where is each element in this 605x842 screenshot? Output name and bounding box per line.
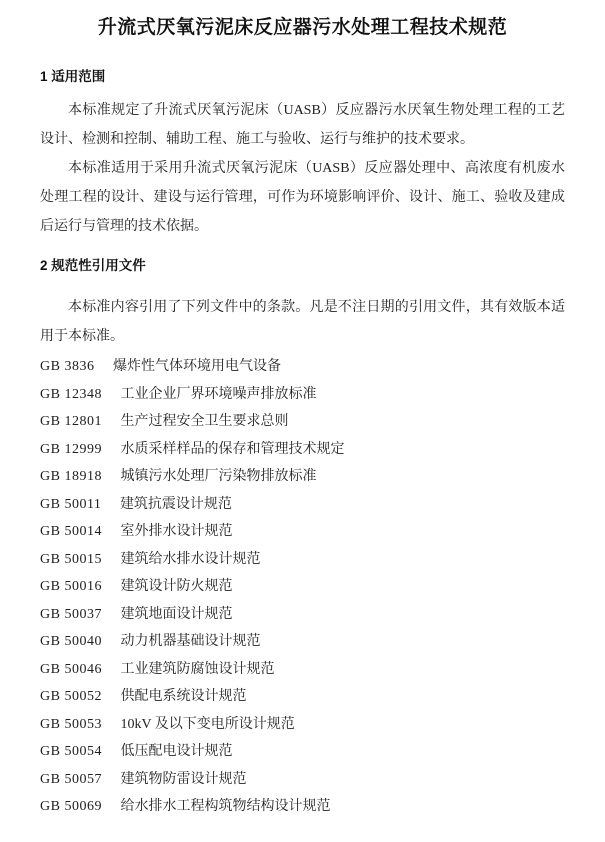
reference-item: GB 50054 低压配电设计规范 [40, 738, 565, 766]
reference-code: GB 50014 [40, 518, 102, 546]
reference-code: GB 12999 [40, 436, 102, 464]
reference-code: GB 12348 [40, 381, 102, 409]
reference-title: 工业企业厂界环境噪声排放标准 [120, 387, 316, 402]
reference-item: GB 12348 工业企业厂界环境噪声排放标准 [40, 381, 565, 409]
document-title: 升流式厌氧污泥床反应器污水处理工程技术规范 [40, 14, 565, 42]
section-1-paragraph-1: 本标准规定了升流式厌氧污泥床（UASB）反应器污水厌氧生物处理工程的工艺设计、检… [40, 96, 565, 154]
reference-item: GB 12999 水质采样样品的保存和管理技术规定 [40, 436, 565, 464]
references-list: GB 3836 爆炸性气体环境用电气设备 GB 12348 工业企业厂界环境噪声… [40, 353, 565, 821]
reference-item: GB 50015 建筑给水排水设计规范 [40, 546, 565, 574]
reference-item: GB 50011 建筑抗震设计规范 [40, 491, 565, 519]
section-2-heading: 2 规范性引用文件 [40, 257, 565, 274]
reference-code: GB 50057 [40, 766, 102, 794]
reference-item: GB 12801 生产过程安全卫生要求总则 [40, 408, 565, 436]
reference-code: GB 50069 [40, 793, 102, 821]
reference-title: 爆炸性气体环境用电气设备 [113, 359, 281, 374]
reference-item: GB 50046 工业建筑防腐蚀设计规范 [40, 656, 565, 684]
reference-item: GB 18918 城镇污水处理厂污染物排放标准 [40, 463, 565, 491]
reference-code: GB 3836 [40, 353, 94, 381]
reference-title: 10kV 及以下变电所设计规范 [120, 717, 294, 732]
section-1-paragraph-2: 本标准适用于采用升流式厌氧污泥床（UASB）反应器处理中、高浓度有机废水处理工程… [40, 154, 565, 241]
reference-code: GB 50037 [40, 601, 102, 629]
reference-title: 动力机器基础设计规范 [120, 634, 260, 649]
reference-title: 城镇污水处理厂污染物排放标准 [120, 469, 316, 484]
reference-title: 低压配电设计规范 [120, 744, 232, 759]
reference-item: GB 50037 建筑地面设计规范 [40, 601, 565, 629]
reference-item: GB 50052 供配电系统设计规范 [40, 683, 565, 711]
reference-title: 建筑地面设计规范 [120, 607, 232, 622]
reference-title: 建筑抗震设计规范 [120, 497, 232, 512]
reference-item: GB 50069 给水排水工程构筑物结构设计规范 [40, 793, 565, 821]
reference-item: GB 3836 爆炸性气体环境用电气设备 [40, 353, 565, 381]
section-2-paragraph-1: 本标准内容引用了下列文件中的条款。凡是不注日期的引用文件，其有效版本适用于本标准… [40, 293, 565, 351]
reference-item: GB 50057 建筑物防雷设计规范 [40, 766, 565, 794]
reference-item: GB 50016 建筑设计防火规范 [40, 573, 565, 601]
reference-code: GB 50015 [40, 546, 102, 574]
reference-item: GB 50053 10kV 及以下变电所设计规范 [40, 711, 565, 739]
reference-code: GB 50054 [40, 738, 102, 766]
reference-item: GB 50014 室外排水设计规范 [40, 518, 565, 546]
reference-title: 给水排水工程构筑物结构设计规范 [120, 799, 330, 814]
reference-title: 工业建筑防腐蚀设计规范 [120, 662, 274, 677]
reference-code: GB 50046 [40, 656, 102, 684]
document-page: 升流式厌氧污泥床反应器污水处理工程技术规范 1 适用范围 本标准规定了升流式厌氧… [0, 0, 605, 842]
reference-code: GB 50040 [40, 628, 102, 656]
reference-title: 室外排水设计规范 [120, 524, 232, 539]
reference-code: GB 50053 [40, 711, 102, 739]
reference-code: GB 18918 [40, 463, 102, 491]
reference-title: 建筑物防雷设计规范 [120, 772, 246, 787]
section-1-heading: 1 适用范围 [40, 68, 565, 85]
reference-title: 建筑设计防火规范 [120, 579, 232, 594]
reference-code: GB 50011 [40, 491, 101, 519]
reference-title: 水质采样样品的保存和管理技术规定 [120, 442, 344, 457]
reference-code: GB 50052 [40, 683, 102, 711]
reference-code: GB 12801 [40, 408, 102, 436]
reference-item: GB 50040 动力机器基础设计规范 [40, 628, 565, 656]
reference-title: 供配电系统设计规范 [120, 689, 246, 704]
reference-title: 生产过程安全卫生要求总则 [120, 414, 288, 429]
reference-title: 建筑给水排水设计规范 [120, 552, 260, 567]
reference-code: GB 50016 [40, 573, 102, 601]
